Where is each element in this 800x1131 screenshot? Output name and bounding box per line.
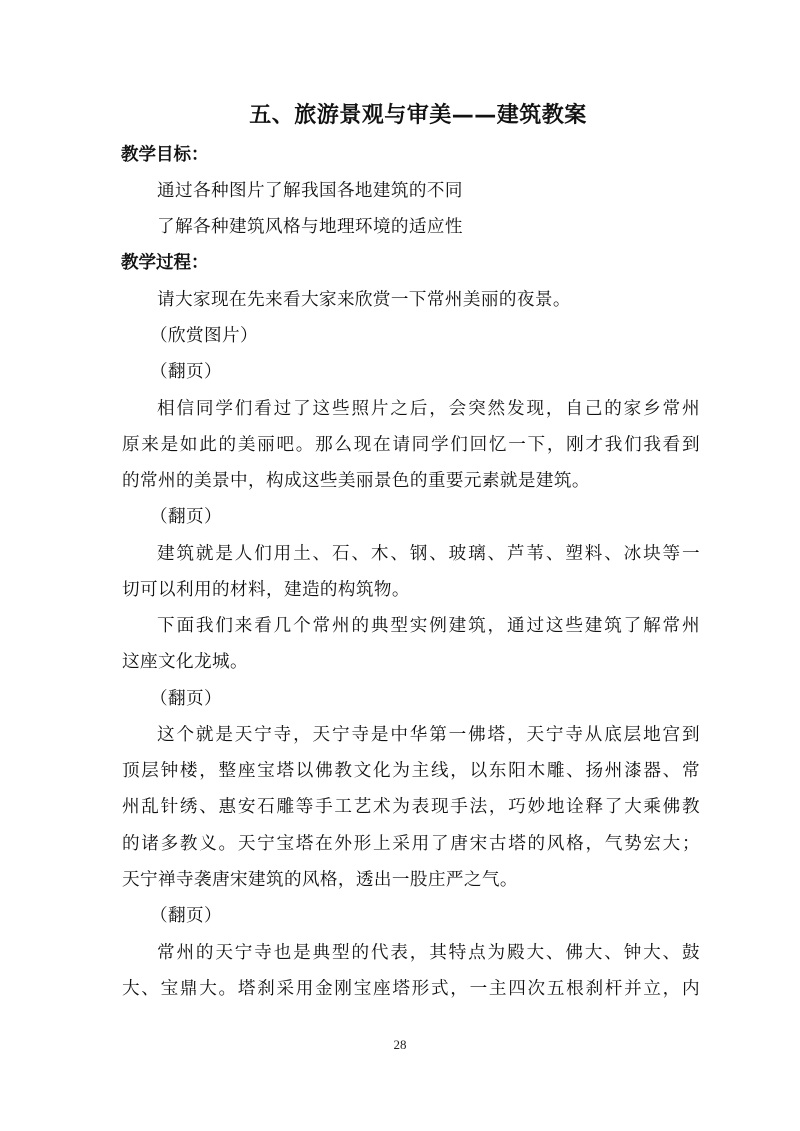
paragraph-line: 的诸多教义。天宁宝塔在外形上采用了唐宋古塔的风格，气势宏大； <box>122 830 700 855</box>
document-title: 五、旅游景观与审美——建筑教案 <box>0 98 800 129</box>
page-turn-note: （翻页） <box>150 902 693 927</box>
paragraph-line: 州乱针绣、惠安石雕等手工艺术为表现手法，巧妙地诠释了大乘佛教 <box>122 793 700 818</box>
page-number: 28 <box>0 1037 800 1053</box>
objective-item: 通过各种图片了解我国各地建筑的不同 <box>157 177 700 202</box>
paragraph-line: 顶层钟楼，整座宝塔以佛教文化为主线，以东阳木雕、扬州漆器、常 <box>122 757 700 782</box>
paragraph-line: 建筑就是人们用土、石、木、钢、玻璃、芦苇、塑料、冰块等一 <box>157 540 700 565</box>
paragraph-line: 请大家现在先来看大家来欣赏一下常州美丽的夜景。 <box>157 286 700 311</box>
paragraph-line: 切可以利用的材料，建造的构筑物。 <box>122 576 700 601</box>
paragraph-line: 这个就是天宁寺，天宁寺是中华第一佛塔，天宁寺从底层地宫到 <box>157 721 700 746</box>
page-turn-note: （翻页） <box>150 685 693 710</box>
objective-item: 了解各种建筑风格与地理环境的适应性 <box>157 213 700 238</box>
page-turn-note: （翻页） <box>150 503 693 528</box>
paragraph-line: 这座文化龙城。 <box>122 648 700 673</box>
paragraph-line: 相信同学们看过了这些照片之后，会突然发现，自己的家乡常州 <box>157 395 700 420</box>
stage-note: （欣赏图片） <box>150 322 693 347</box>
paragraph-line: 下面我们来看几个常州的典型实例建筑，通过这些建筑了解常州 <box>157 612 700 637</box>
paragraph-line: 原来是如此的美丽吧。那么现在请同学们回忆一下，刚才我们我看到 <box>122 431 700 456</box>
paragraph-line: 大、宝鼎大。塔刹采用金刚宝座塔形式，一主四次五根刹杆并立，内 <box>122 975 700 1000</box>
paragraph-line: 的常州的美景中，构成这些美丽景色的重要元素就是建筑。 <box>122 467 700 492</box>
process-heading: 教学过程： <box>121 249 209 274</box>
paragraph-line: 常州的天宁寺也是典型的代表，其特点为殿大、佛大、钟大、鼓 <box>157 939 700 964</box>
paragraph-line: 天宁禅寺袭唐宋建筑的风格，透出一股庄严之气。 <box>122 866 700 891</box>
document-page: 五、旅游景观与审美——建筑教案 教学目标： 通过各种图片了解我国各地建筑的不同 … <box>0 0 800 1131</box>
objectives-heading: 教学目标： <box>121 141 209 166</box>
page-turn-note: （翻页） <box>150 358 693 383</box>
